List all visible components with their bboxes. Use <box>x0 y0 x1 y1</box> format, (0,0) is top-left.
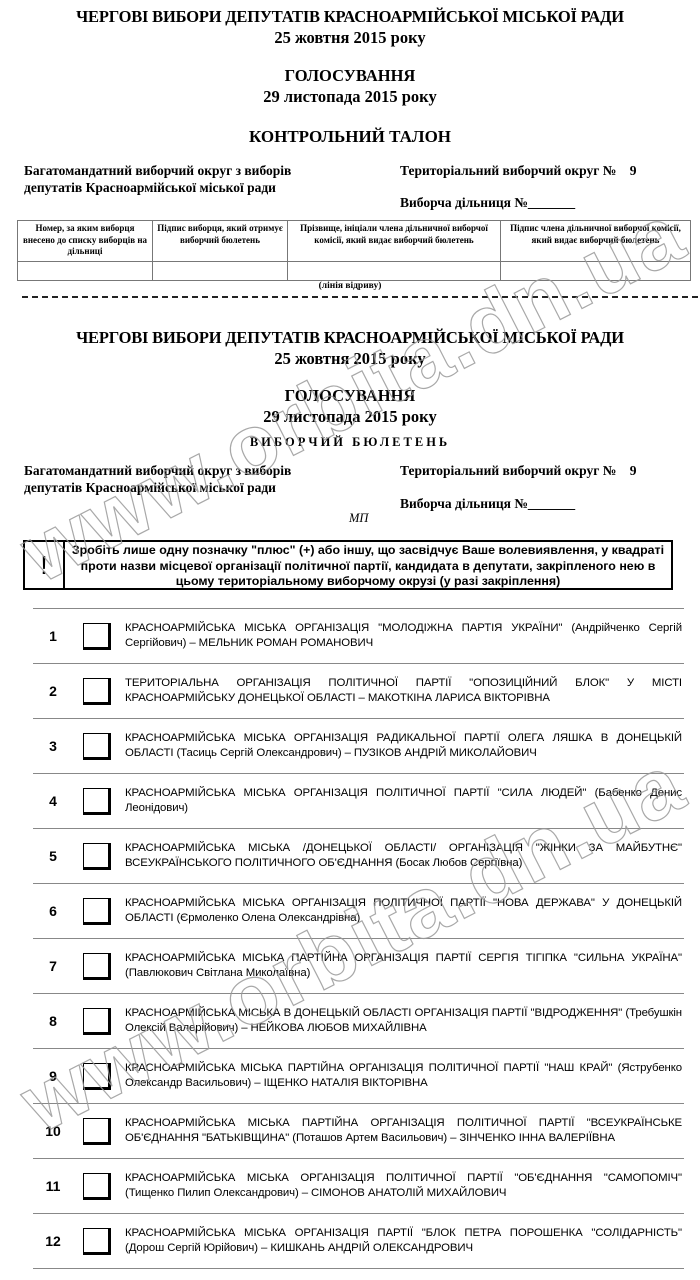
coupon-table-header-row: Номер, за яким виборця внесено до списку… <box>18 221 691 262</box>
ballot-voting-date: 29 листопада 2015 року <box>0 407 700 427</box>
candidate-row: 8КРАСНОАРМІЙСЬКА МІСЬКА В ДОНЕЦЬКІЙ ОБЛА… <box>33 993 684 1048</box>
candidate-number: 4 <box>33 774 73 828</box>
ballot-precinct: Виборча дільниця №_______ <box>400 495 575 512</box>
candidate-checkbox[interactable] <box>83 1063 111 1090</box>
candidate-checkbox[interactable] <box>83 1118 111 1145</box>
voting-instruction-text: Зробіть лише одну позначку "плюс" (+) аб… <box>65 542 671 588</box>
coupon-header-voter-number: Номер, за яким виборця внесено до списку… <box>18 221 153 262</box>
coupon-district-line1: Багатомандатний виборчий округ з виборів <box>24 162 291 179</box>
candidate-description: КРАСНОАРМІЙСЬКА МІСЬКА ОРГАНІЗАЦІЯ ПАРТІ… <box>125 1214 682 1268</box>
candidate-number: 2 <box>33 664 73 718</box>
stamp-place-label: МП <box>349 511 368 526</box>
candidate-number: 1 <box>33 609 73 663</box>
candidate-text: КРАСНОАРМІЙСЬКА МІСЬКА ПАРТІЙНА ОРГАНІЗА… <box>125 1061 682 1091</box>
ballot-district: Багатомандатний виборчий округ з виборів… <box>24 462 291 496</box>
candidate-text: КРАСНОАРМІЙСЬКА МІСЬКА ОРГАНІЗАЦІЯ ПАРТІ… <box>125 1226 682 1256</box>
tear-line-label: (лінія відриву) <box>0 281 700 291</box>
candidate-description: КРАСНОАРМІЙСЬКА МІСЬКА ПАРТІЙНА ОРГАНІЗА… <box>125 1104 682 1158</box>
candidate-description: КРАСНОАРМІЙСЬКА МІСЬКА ОРГАНІЗАЦІЯ "МОЛО… <box>125 609 682 663</box>
candidate-text: КРАСНОАРМІЙСЬКА МІСЬКА ПАРТІЙНА ОРГАНІЗА… <box>125 1116 682 1146</box>
candidate-text: КРАСНОАРМІЙСЬКА МІСЬКА /ДОНЕЦЬКОЇ ОБЛАСТ… <box>125 841 682 871</box>
candidate-checkbox[interactable] <box>83 623 111 650</box>
candidate-description: КРАСНОАРМІЙСЬКА МІСЬКА ПАРТІЙНА ОРГАНІЗА… <box>125 1049 682 1103</box>
candidate-number: 3 <box>33 719 73 773</box>
ballot-heading: ВИБОРЧИЙ БЮЛЕТЕНЬ <box>0 435 700 450</box>
coupon-cell-member-name[interactable] <box>288 262 501 281</box>
candidate-text: КРАСНОАРМІЙСЬКА МІСЬКА ПАРТІЙНА ОРГАНІЗА… <box>125 951 682 981</box>
candidate-row: 7КРАСНОАРМІЙСЬКА МІСЬКА ПАРТІЙНА ОРГАНІЗ… <box>33 938 684 993</box>
candidate-row: 5КРАСНОАРМІЙСЬКА МІСЬКА /ДОНЕЦЬКОЇ ОБЛАС… <box>33 828 684 883</box>
candidate-description: КРАСНОАРМІЙСЬКА МІСЬКА /ДОНЕЦЬКОЇ ОБЛАСТ… <box>125 829 682 883</box>
coupon-voting-date: 29 листопада 2015 року <box>0 87 700 107</box>
candidate-description: КРАСНОАРМІЙСЬКА МІСЬКА ПАРТІЙНА ОРГАНІЗА… <box>125 939 682 993</box>
candidate-row: 9КРАСНОАРМІЙСЬКА МІСЬКА ПАРТІЙНА ОРГАНІЗ… <box>33 1048 684 1103</box>
coupon-territorial-number: 9 <box>630 163 637 178</box>
candidate-list: 1КРАСНОАРМІЙСЬКА МІСЬКА ОРГАНІЗАЦІЯ "МОЛ… <box>33 608 684 1269</box>
candidate-checkbox[interactable] <box>83 1228 111 1255</box>
candidate-number: 7 <box>33 939 73 993</box>
tear-line[interactable] <box>22 296 698 298</box>
candidate-row: 3КРАСНОАРМІЙСЬКА МІСЬКА ОРГАНІЗАЦІЯ РАДИ… <box>33 718 684 773</box>
coupon-voting-label: ГОЛОСУВАННЯ <box>0 66 700 86</box>
candidate-checkbox[interactable] <box>83 788 111 815</box>
candidate-number: 12 <box>33 1214 73 1268</box>
candidate-checkbox[interactable] <box>83 1008 111 1035</box>
exclamation-icon: ! <box>25 542 65 588</box>
candidate-text: КРАСНОАРМІЙСЬКА МІСЬКА ОРГАНІЗАЦІЯ ПОЛІТ… <box>125 786 682 816</box>
candidate-checkbox[interactable] <box>83 953 111 980</box>
candidate-number: 9 <box>33 1049 73 1103</box>
coupon-territorial-label: Територіальний виборчий округ № <box>400 163 616 178</box>
coupon-cell-member-signature[interactable] <box>501 262 691 281</box>
ballot-voting-label: ГОЛОСУВАННЯ <box>0 386 700 406</box>
voting-instruction-box: ! Зробіть лише одну позначку "плюс" (+) … <box>23 540 673 590</box>
candidate-checkbox[interactable] <box>83 843 111 870</box>
coupon-cell-voter-number[interactable] <box>18 262 153 281</box>
candidate-description: КРАСНОАРМІЙСЬКА МІСЬКА ОРГАНІЗАЦІЯ ПОЛІТ… <box>125 884 682 938</box>
candidate-number: 5 <box>33 829 73 883</box>
ballot-territorial-district: Територіальний виборчий округ № 9 <box>400 462 636 479</box>
ballot-territorial-label: Територіальний виборчий округ № <box>400 463 616 478</box>
coupon-district: Багатомандатний виборчий округ з виборів… <box>24 162 291 196</box>
candidate-row: 4КРАСНОАРМІЙСЬКА МІСЬКА ОРГАНІЗАЦІЯ ПОЛІ… <box>33 773 684 828</box>
ballot-election-date: 25 жовтня 2015 року <box>0 349 700 369</box>
coupon-header-voter-signature: Підпис виборця, який отримує виборчий бю… <box>153 221 288 262</box>
coupon-cell-voter-signature[interactable] <box>153 262 288 281</box>
ballot-title: ЧЕРГОВІ ВИБОРИ ДЕПУТАТІВ КРАСНОАРМІЙСЬКО… <box>0 328 700 348</box>
candidate-number: 11 <box>33 1159 73 1213</box>
candidate-description: КРАСНОАРМІЙСЬКА МІСЬКА ОРГАНІЗАЦІЯ ПОЛІТ… <box>125 1159 682 1213</box>
candidate-row: 1КРАСНОАРМІЙСЬКА МІСЬКА ОРГАНІЗАЦІЯ "МОЛ… <box>33 608 684 663</box>
candidate-description: КРАСНОАРМІЙСЬКА МІСЬКА ОРГАНІЗАЦІЯ ПОЛІТ… <box>125 774 682 828</box>
candidate-row: 6КРАСНОАРМІЙСЬКА МІСЬКА ОРГАНІЗАЦІЯ ПОЛІ… <box>33 883 684 938</box>
candidate-number: 10 <box>33 1104 73 1158</box>
candidate-checkbox[interactable] <box>83 898 111 925</box>
coupon-precinct: Виборча дільниця №_______ <box>400 194 575 211</box>
coupon-table-row <box>18 262 691 281</box>
candidate-description: КРАСНОАРМІЙСЬКА МІСЬКА В ДОНЕЦЬКІЙ ОБЛАС… <box>125 994 682 1048</box>
ballot-district-line2: депутатів Красноармійської міської ради <box>24 479 291 496</box>
candidate-row: 10КРАСНОАРМІЙСЬКА МІСЬКА ПАРТІЙНА ОРГАНІ… <box>33 1103 684 1158</box>
coupon-header-member-name: Прізвище, ініціали члена дільничної вибо… <box>288 221 501 262</box>
candidate-text: КРАСНОАРМІЙСЬКА МІСЬКА ОРГАНІЗАЦІЯ "МОЛО… <box>125 621 682 651</box>
candidate-checkbox[interactable] <box>83 733 111 760</box>
ballot-district-line1: Багатомандатний виборчий округ з виборів <box>24 462 291 479</box>
coupon-table: Номер, за яким виборця внесено до списку… <box>17 220 691 281</box>
ballot-territorial-number: 9 <box>630 463 637 478</box>
candidate-text: ТЕРИТОРІАЛЬНА ОРГАНІЗАЦІЯ ПОЛІТИЧНОЇ ПАР… <box>125 676 682 706</box>
candidate-text: КРАСНОАРМІЙСЬКА МІСЬКА ОРГАНІЗАЦІЯ ПОЛІТ… <box>125 1171 682 1201</box>
candidate-text: КРАСНОАРМІЙСЬКА МІСЬКА ОРГАНІЗАЦІЯ ПОЛІТ… <box>125 896 682 926</box>
candidate-text: КРАСНОАРМІЙСЬКА МІСЬКА В ДОНЕЦЬКІЙ ОБЛАС… <box>125 1006 682 1036</box>
candidate-description: КРАСНОАРМІЙСЬКА МІСЬКА ОРГАНІЗАЦІЯ РАДИК… <box>125 719 682 773</box>
candidate-row: 12КРАСНОАРМІЙСЬКА МІСЬКА ОРГАНІЗАЦІЯ ПАР… <box>33 1213 684 1269</box>
candidate-checkbox[interactable] <box>83 1173 111 1200</box>
candidate-description: ТЕРИТОРІАЛЬНА ОРГАНІЗАЦІЯ ПОЛІТИЧНОЇ ПАР… <box>125 664 682 718</box>
candidate-row: 2ТЕРИТОРІАЛЬНА ОРГАНІЗАЦІЯ ПОЛІТИЧНОЇ ПА… <box>33 663 684 718</box>
coupon-election-date: 25 жовтня 2015 року <box>0 28 700 48</box>
coupon-header-member-signature: Підпис члена дільничної виборчої комісії… <box>501 221 691 262</box>
candidate-number: 6 <box>33 884 73 938</box>
coupon-territorial-district: Територіальний виборчий округ № 9 <box>400 162 636 179</box>
candidate-row: 11КРАСНОАРМІЙСЬКА МІСЬКА ОРГАНІЗАЦІЯ ПОЛ… <box>33 1158 684 1213</box>
coupon-heading: КОНТРОЛЬНИЙ ТАЛОН <box>0 127 700 147</box>
coupon-title: ЧЕРГОВІ ВИБОРИ ДЕПУТАТІВ КРАСНОАРМІЙСЬКО… <box>0 7 700 27</box>
candidate-checkbox[interactable] <box>83 678 111 705</box>
candidate-text: КРАСНОАРМІЙСЬКА МІСЬКА ОРГАНІЗАЦІЯ РАДИК… <box>125 731 682 761</box>
candidate-number: 8 <box>33 994 73 1048</box>
coupon-district-line2: депутатів Красноармійської міської ради <box>24 179 291 196</box>
